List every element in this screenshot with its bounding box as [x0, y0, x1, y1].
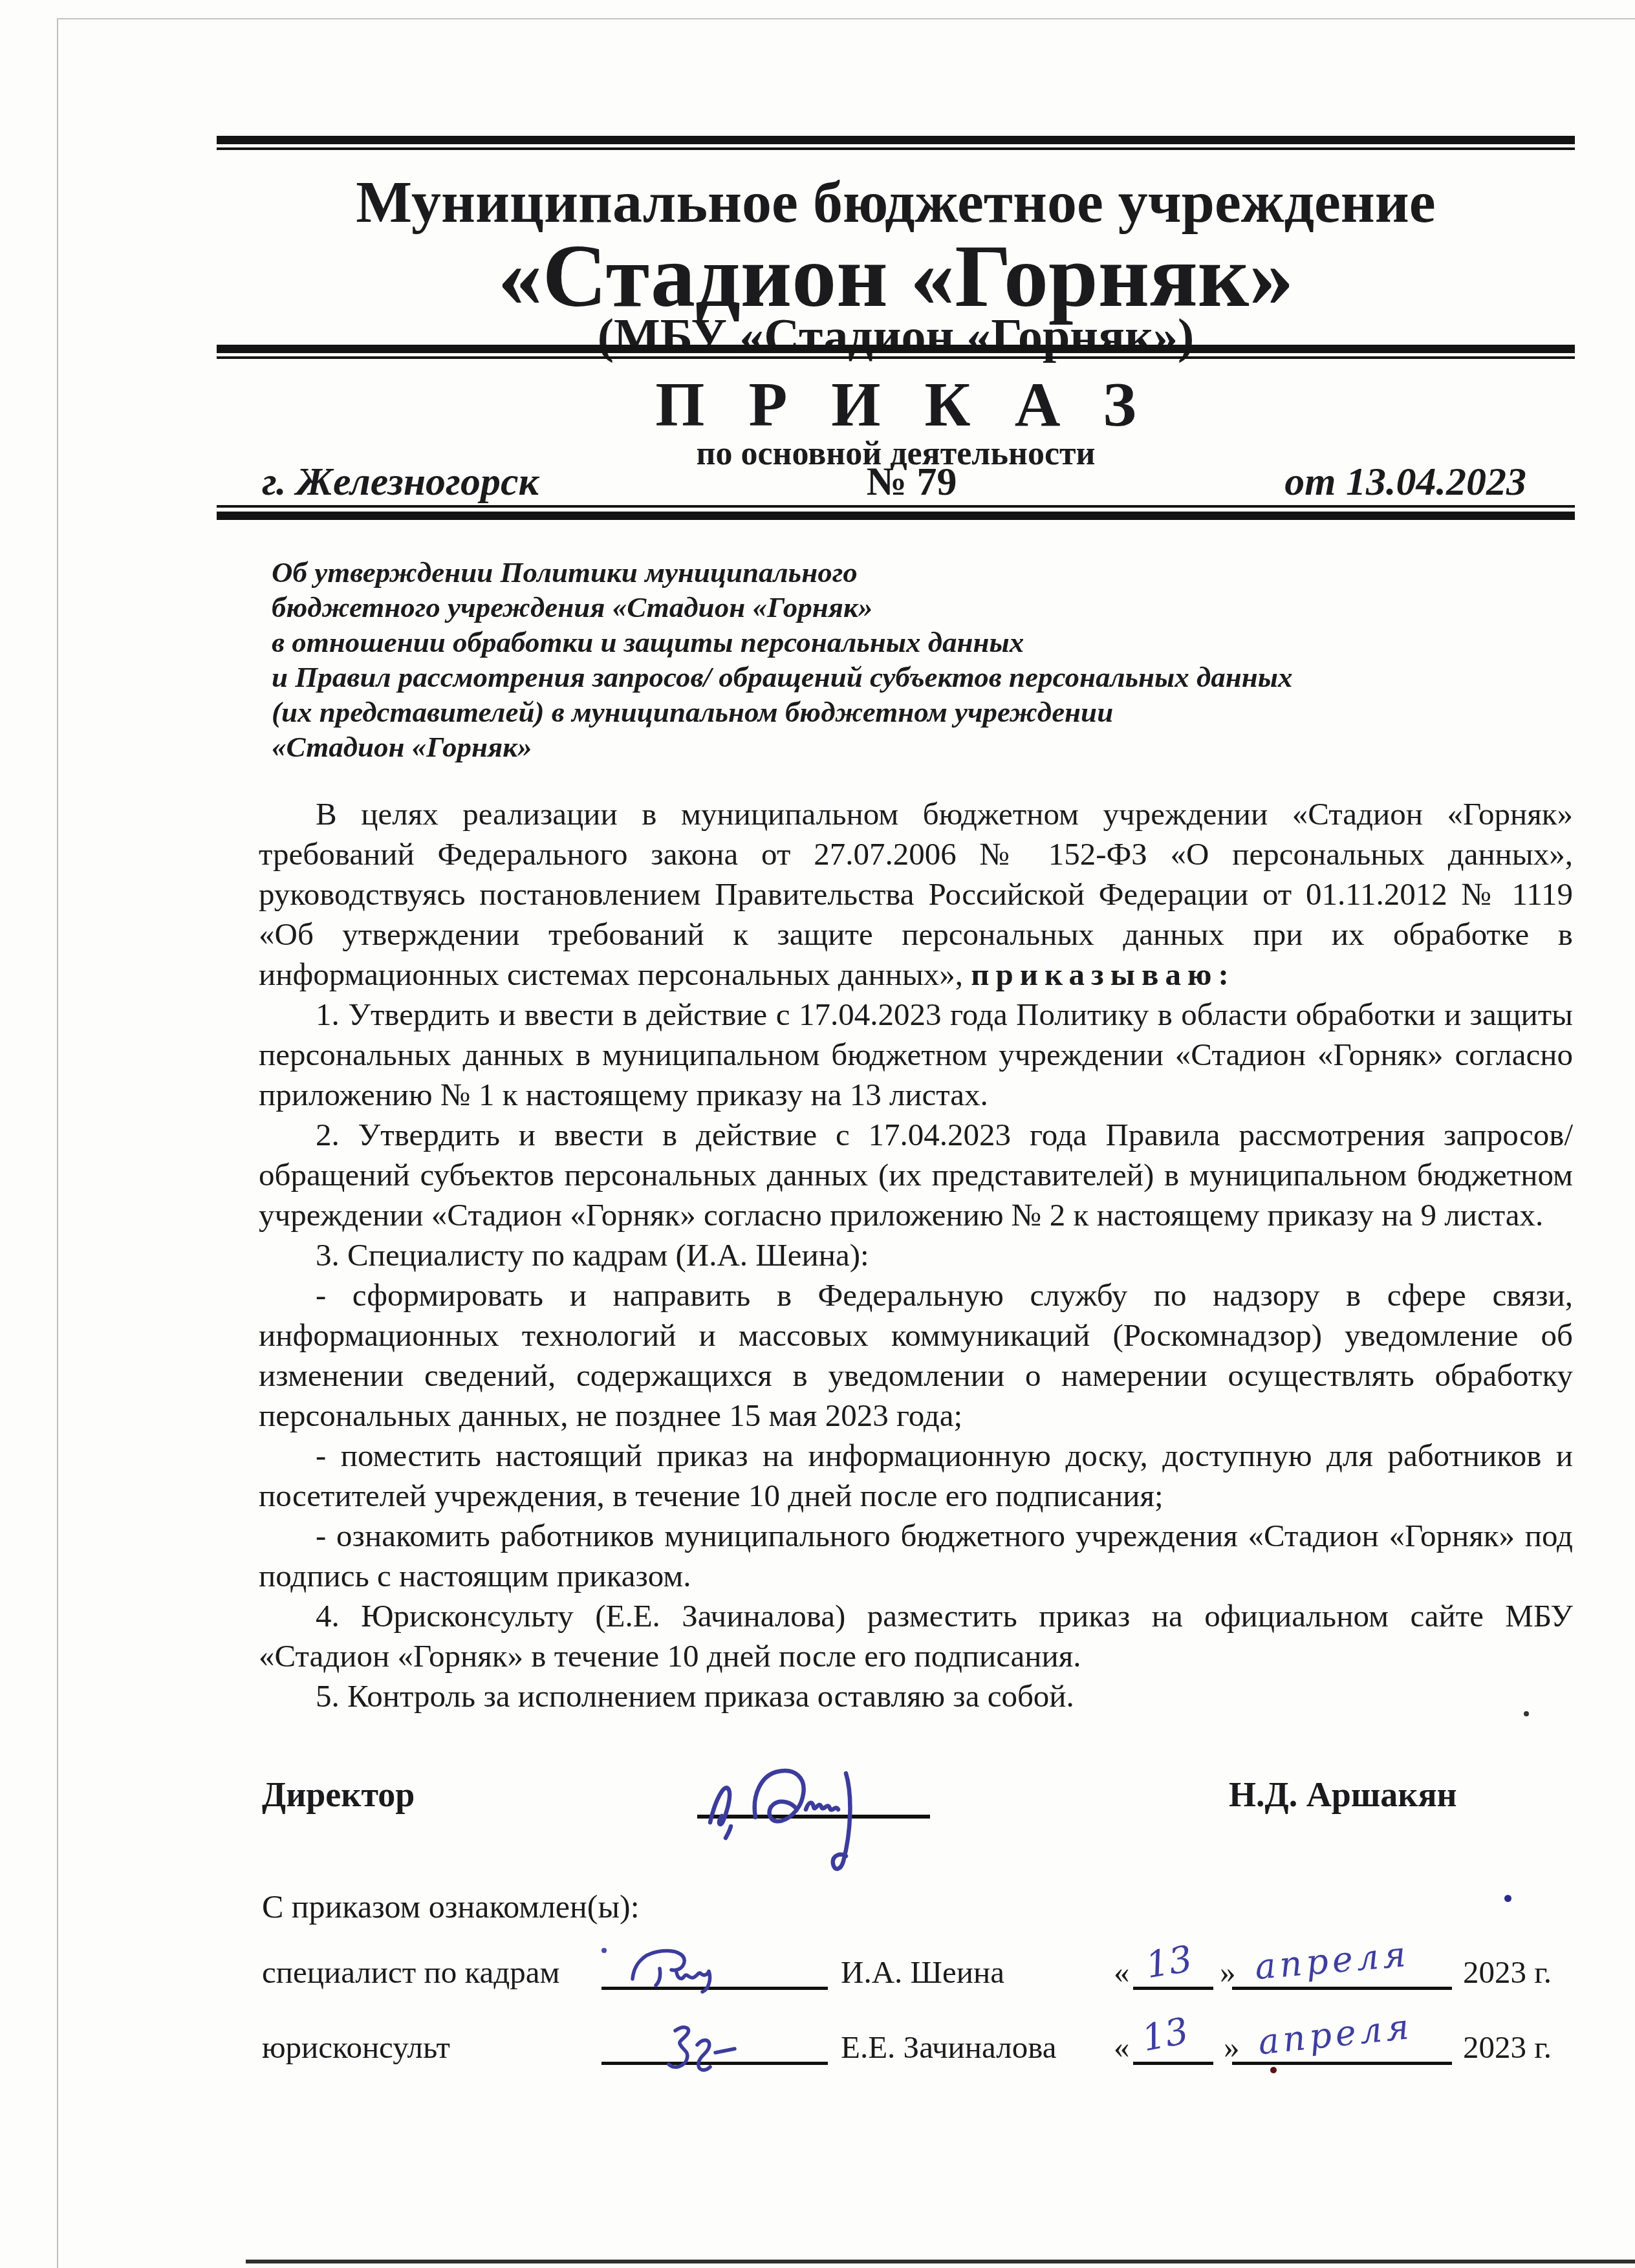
acknowledgment-heading: С приказом ознакомлен(ы):	[262, 1888, 640, 1925]
page-scan-left-edge	[57, 18, 58, 2268]
org-name-line1: Муниципальное бюджетное учреждение	[217, 169, 1575, 234]
middle-rule-thick	[217, 345, 1575, 353]
document-type-title: ПРИКАЗ	[217, 370, 1575, 440]
ack-row2-signature-ink	[647, 2013, 744, 2084]
subject-line: бюджетного учреждения «Стадион «Горняк»	[272, 590, 1371, 625]
order-item-5: 5. Контроль за исполнением приказа остав…	[259, 1676, 1573, 1716]
director-label: Директор	[262, 1777, 415, 1812]
intro-text: В целях реализации в муниципальном бюдже…	[259, 796, 1573, 992]
ack-row2-month-line	[1232, 2062, 1452, 2065]
header-bottom-rule-thin	[217, 505, 1575, 508]
page-scan-top-edge	[57, 18, 1635, 19]
org-name-line3: (МБУ «Стадион «Горняк»)	[217, 309, 1575, 363]
subject-line: (их представителей) в муниципальном бюдж…	[272, 695, 1371, 729]
day-quote-open: «	[1114, 1954, 1130, 1991]
subject-line: и Правил рассмотрения запросов/ обращени…	[272, 660, 1371, 695]
page-scan-bottom-edge	[246, 2260, 1635, 2263]
ink-speck-red	[1270, 2067, 1277, 2073]
handwritten-day: 13	[1138, 2010, 1191, 2060]
subject-line: Об утверждении Политики муниципального	[272, 555, 1371, 590]
director-signature-ink	[673, 1740, 944, 1875]
ack-row-name: И.А. Шеина	[841, 1954, 1004, 1991]
order-date: от 13.04.2023	[1284, 459, 1526, 504]
day-quote-close: »	[1220, 1954, 1236, 1991]
header-bottom-rule-thick	[217, 512, 1575, 520]
top-rule-thick	[217, 136, 1575, 144]
handwritten-day: 13	[1143, 1938, 1195, 1987]
subject-line: «Стадион «Горняк»	[272, 729, 1371, 764]
requisites-row: г. Железногорск № 79 от 13.04.2023	[217, 459, 1575, 504]
order-body: В целях реализации в муниципальном бюдже…	[259, 794, 1573, 1716]
order-item-4: 4. Юрисконсульту (Е.Е. Зачиналова) разме…	[259, 1596, 1573, 1676]
ink-speck-blue	[1504, 1895, 1511, 1902]
top-rule-thin	[217, 147, 1575, 150]
ack-row-name: Е.Е. Зачиналова	[841, 2029, 1056, 2066]
ack-row1-month-line	[1232, 1987, 1452, 1990]
ack-row-role: юрисконсульт	[262, 2029, 450, 2066]
order-number: № 79	[867, 459, 957, 504]
ack-row-year: 2023 г.	[1463, 2029, 1552, 2066]
city-label: г. Железногорск	[262, 459, 539, 504]
order-item-3-sub-1: - сформировать и направить в Федеральную…	[259, 1275, 1573, 1436]
middle-rule-thin	[217, 356, 1575, 359]
intro-paragraph: В целях реализации в муниципальном бюдже…	[259, 794, 1573, 995]
order-item-1: 1. Утвердить и ввести в действие с 17.04…	[259, 995, 1573, 1115]
ack-row-year: 2023 г.	[1463, 1954, 1552, 1991]
order-item-3-sub-2: - поместить настоящий приказ на информац…	[259, 1436, 1573, 1516]
ack-row-role: специалист по кадрам	[262, 1954, 559, 1991]
ack-row2-day-line	[1133, 2062, 1213, 2065]
day-quote-open: «	[1114, 2029, 1130, 2066]
order-subject: Об утверждении Политики муниципального б…	[272, 555, 1371, 764]
ack-row1-signature-ink	[621, 1939, 770, 1997]
day-quote-close: »	[1224, 2029, 1240, 2066]
intro-directive-word: приказываю:	[971, 956, 1235, 992]
director-name: Н.Д. Аршакян	[1229, 1777, 1457, 1812]
order-item-3-sub-3: - ознакомить работников муниципального б…	[259, 1516, 1573, 1596]
handwritten-month: апреля	[1253, 1934, 1411, 1988]
order-item-2: 2. Утвердить и ввести в действие с 17.04…	[259, 1115, 1573, 1235]
subject-line: в отношении обработки и защиты персональ…	[272, 625, 1371, 660]
scan-speck	[488, 1620, 492, 1624]
handwritten-month: апреля	[1256, 2006, 1414, 2063]
order-item-3: 3. Специалисту по кадрам (И.А. Шеина):	[259, 1235, 1573, 1275]
scanned-order-document: { "header": { "org_line1": "Муниципально…	[0, 0, 1635, 2268]
ink-speck-dark	[1524, 1711, 1529, 1716]
ack-row1-day-line	[1133, 1987, 1213, 1990]
ink-speck-blue	[601, 1948, 607, 1953]
